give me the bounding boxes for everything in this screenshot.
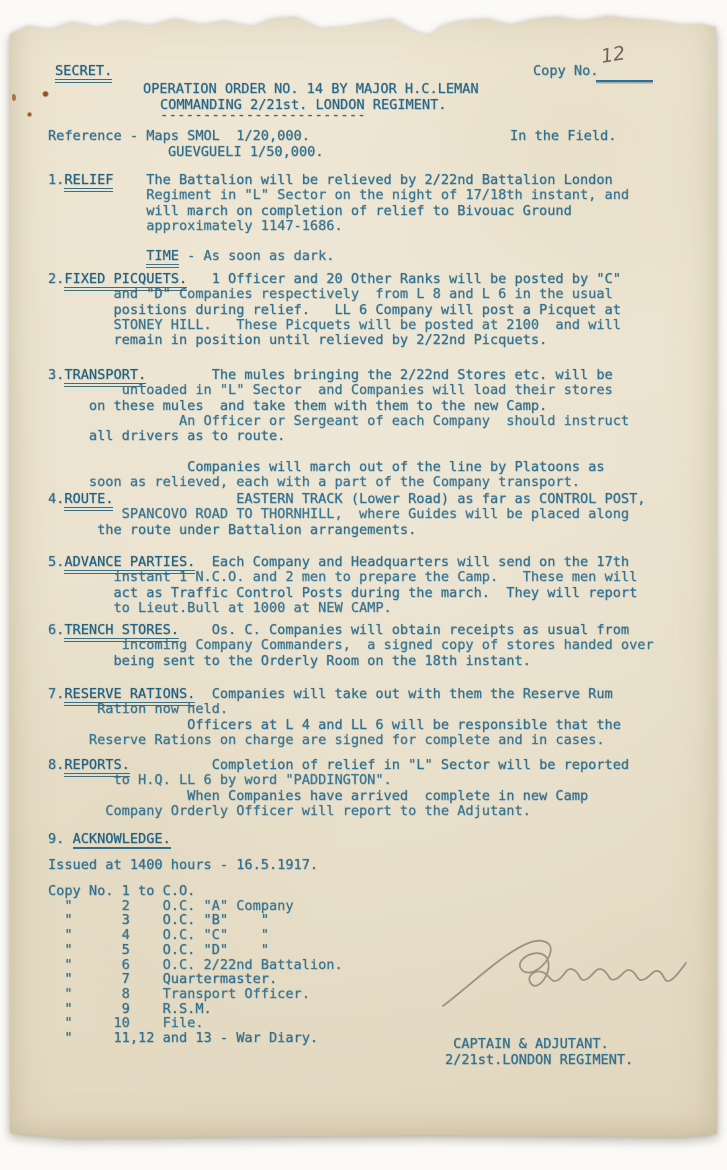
section-reserve-rations: 7.RESERVE RATIONS. Companies will take o… <box>48 687 621 748</box>
typed-line: An Officer or Sergeant of each Company s… <box>48 414 629 429</box>
foxing-spot <box>12 94 16 101</box>
scanned-document-page: SECRET. Copy No. 12 OPERATION ORDER NO. … <box>0 0 727 1170</box>
typed-line: When Companies have arrived complete in … <box>48 789 629 804</box>
section-acknowledge: 9. ACKNOWLEDGE. <box>48 832 171 847</box>
typed-line: TIME - As soon as dark. <box>48 249 629 264</box>
typed-line: the route under Battalion arrangements. <box>48 523 645 538</box>
typed-line: SPANCOVO ROAD TO THORNHILL, where Guides… <box>48 507 645 522</box>
typed-line: STONEY HILL. These Picquets will be post… <box>48 318 621 333</box>
typed-line: soon as relieved, each with a part of th… <box>48 475 629 490</box>
typed-line: Officers at L 4 and LL 6 will be respons… <box>48 718 621 733</box>
typed-line: " 8 Transport Officer. <box>48 987 343 1002</box>
typed-body: 1.RELIEF The Battalion will be relieved … <box>48 0 97 199</box>
typed-line: to Lieut.Bull at 1000 at NEW CAMP. <box>48 601 637 616</box>
typed-line: " 4 O.C. "C" " <box>48 928 343 943</box>
typed-line: being sent to the Orderly Room on the 18… <box>48 654 654 669</box>
typed-line: Companies will march out of the line by … <box>48 460 629 475</box>
in-the-field: In the Field. <box>510 129 616 144</box>
typed-line: " 5 O.C. "D" " <box>48 943 343 958</box>
typed-line: incoming Company Commanders, a signed co… <box>48 638 654 653</box>
typed-line: " 6 O.C. 2/22nd Battalion. <box>48 958 343 973</box>
typed-line: Regiment in "L" Sector on the night of 1… <box>48 188 629 203</box>
copy-no-label: Copy No. <box>533 64 598 79</box>
typed-line: " 7 Quartermaster. <box>48 972 343 987</box>
typed-line: unloaded in "L" Sector and Companies wil… <box>48 383 629 398</box>
foxing-spot <box>27 112 32 117</box>
typed-line: positions during relief. LL 6 Company wi… <box>48 303 621 318</box>
typed-line: remain in position until relieved by 2/2… <box>48 333 621 348</box>
typed-line: all drivers as to route. <box>48 429 629 444</box>
section-advance-parties: 5.ADVANCE PARTIES. Each Company and Head… <box>48 555 637 616</box>
title-rule: ------------------------ <box>160 108 366 123</box>
section-relief: 1.RELIEF The Battalion will be relieved … <box>48 173 629 265</box>
signature-unit-line: 2/21st.LONDON REGIMENT. <box>445 1052 633 1068</box>
typed-line: approximately 1147-1686. <box>48 219 629 234</box>
reference-line2: GUEVGUELI 1/50,000. <box>168 145 324 160</box>
typed-line: 7.RESERVE RATIONS. Companies will take o… <box>48 687 621 702</box>
typed-line <box>48 444 629 459</box>
section-reports: 8.REPORTS. Completion of relief in "L" S… <box>48 758 629 819</box>
section-trench-stores: 6.TRENCH STORES. Os. C. Companies will o… <box>48 623 654 669</box>
typed-line: will march on completion of relief to Bi… <box>48 204 629 219</box>
typed-line: Issued at 1400 hours - 16.5.1917. <box>48 858 318 873</box>
document-content: SECRET. Copy No. 12 OPERATION ORDER NO. … <box>0 0 727 1170</box>
typed-line: Copy No. 1 to C.O. <box>48 884 343 899</box>
typed-line: 5.ADVANCE PARTIES. Each Company and Head… <box>48 555 637 570</box>
signature-rank-line: CAPTAIN & ADJUTANT. <box>445 1036 609 1052</box>
typed-line: Reserve Rations on charge are signed for… <box>48 733 621 748</box>
typed-line: " 11,12 and 13 - War Diary. <box>48 1031 343 1046</box>
distribution-list: Copy No. 1 to C.O. " 2 O.C. "A" Company … <box>48 884 343 1046</box>
typed-line: " 3 O.C. "B" " <box>48 913 343 928</box>
handwritten-signature <box>438 928 690 1034</box>
typed-line: to H.Q. LL 6 by word "PADDINGTON". <box>48 773 629 788</box>
typed-line: 1.RELIEF The Battalion will be relieved … <box>48 173 629 188</box>
typed-line: act as Traffic Control Posts during the … <box>48 586 637 601</box>
typed-line: instant 1 N.C.O. and 2 men to prepare th… <box>48 570 637 585</box>
typed-line: 6.TRENCH STORES. Os. C. Companies will o… <box>48 623 654 638</box>
typed-line: 3.TRANSPORT. The mules bringing the 2/22… <box>48 368 629 383</box>
copy-no-underline <box>596 80 653 82</box>
typed-line: Ration now held. <box>48 702 621 717</box>
typed-line: Company Orderly Officer will report to t… <box>48 804 629 819</box>
typed-line: " 10 File. <box>48 1016 343 1031</box>
section-route: 4.ROUTE. EASTERN TRACK (Lower Road) as f… <box>48 492 645 538</box>
copy-no-handwritten-value: 12 <box>599 42 626 68</box>
typed-line: 9. ACKNOWLEDGE. <box>48 832 171 847</box>
typed-line: 8.REPORTS. Completion of relief in "L" S… <box>48 758 629 773</box>
typed-line: on these mules and take them with them t… <box>48 399 629 414</box>
typed-line: 4.ROUTE. EASTERN TRACK (Lower Road) as f… <box>48 492 645 507</box>
order-title-line1: OPERATION ORDER NO. 14 BY MAJOR H.C.LEMA… <box>143 82 479 97</box>
issued-at-line: Issued at 1400 hours - 16.5.1917. <box>48 858 318 873</box>
section-transport: 3.TRANSPORT. The mules bringing the 2/22… <box>48 368 629 490</box>
typed-line: and "D" Companies respectively from L 8 … <box>48 287 621 302</box>
typed-line: " 2 O.C. "A" Company <box>48 899 343 914</box>
section-fixed-picquets: 2.FIXED PICQUETS. 1 Officer and 20 Other… <box>48 272 621 348</box>
typed-line: 2.FIXED PICQUETS. 1 Officer and 20 Other… <box>48 272 621 287</box>
